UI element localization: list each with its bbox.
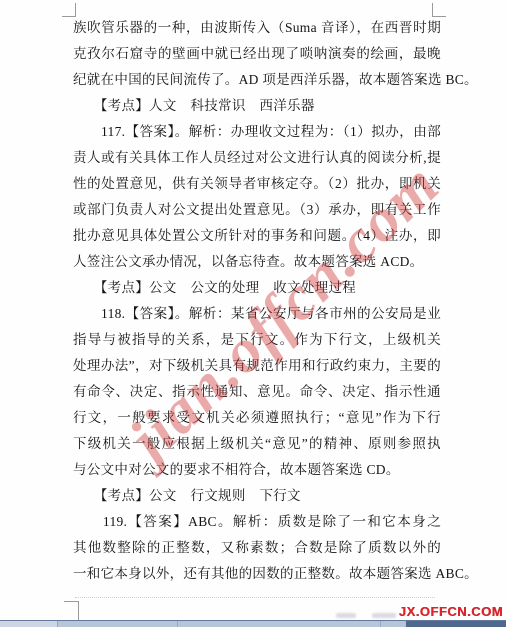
text-line: 119.【答案】ABC。解析：质数是除了一和它本身之外，不能被 [73, 509, 441, 535]
text-line: 与公文中对公文的要求不相符合，故本题答案选 CD。 [73, 457, 441, 483]
text-line: 【考点】公文 行文规则 下行文 [73, 483, 441, 509]
text-line: 或部门负责人对公文提出处置意见。（3）承办，即有关工作人员按 [73, 197, 441, 223]
document-body: 族吹管乐器的一种，由波斯传入（Suma 音译），在西晋时期的新疆 克孜尔石窟寺的… [73, 15, 441, 587]
scrollbar-separator [380, 621, 381, 627]
faint-smudge [372, 613, 396, 618]
margin-crop-mark-bottom-left-icon [64, 601, 79, 621]
horizontal-scrollbar[interactable] [0, 620, 506, 627]
scrollbar-left-segment[interactable] [0, 621, 58, 627]
text-line: 下级机关一般应根据上级机关“意见”的精神、原则参照执行。AB [73, 431, 441, 457]
text-line: 性的处置意见，供有关领导者审核定夺。（2）批办，即机关领导者 [73, 171, 441, 197]
text-line: 118.【答案】。解析：某省公安厅与各市州的公安局是业务上的 [73, 301, 441, 327]
text-line: 【考点】人文 科技常识 西洋乐器 [73, 93, 441, 119]
text-line: 克孜尔石窟寺的壁画中就已经出现了唢呐演奏的绘画，最晚在 16 世 [73, 41, 441, 67]
text-line: 责人或有关具体工作人员经过对公文进行认真的阅读分析,提出建议 [73, 145, 441, 171]
text-line: 【考点】公文 公文的处理 收文处理过程 [73, 275, 441, 301]
text-line: 有命令、决定、指示性通知、意见。命令、决定、指示性通知作为下 [73, 379, 441, 405]
scrollbar-separator [177, 621, 178, 627]
text-line: 其他数整除的正整数，又称素数；合数是除了质数以外的数，即除了 [73, 535, 441, 561]
scrollbar-right-segment[interactable] [406, 621, 506, 627]
text-line: 处理办法”，对下级机关具有规范作用和行政约束力，主要的下行文 [73, 353, 441, 379]
text-line: 一和它本身以外，还有其他的因数的正整数。故本题答案选 ABC。 [73, 561, 441, 587]
text-line: 指导与被指导的关系，是下行文。作为下行文，上级机关的“见解和 [73, 327, 441, 353]
text-line: 纪就在中国的民间流传了。AD 项是西洋乐器，故本题答案选 BC。 [73, 67, 441, 93]
text-line: 批办意见具体处置公文所针对的事务和问题。（4）注办，即由承办 [73, 223, 441, 249]
text-line: 117.【答案】。解析：办理收文过程为：（1）拟办，由部门负 [73, 119, 441, 145]
faint-smudge [336, 613, 356, 618]
text-line: 行文，一般要求受文机关必须遵照执行；“意见”作为下行文，要求 [73, 405, 441, 431]
site-logo-watermark: JX.OFFCN.COM [399, 604, 503, 619]
document-page: 族吹管乐器的一种，由波斯传入（Suma 音译），在西晋时期的新疆 克孜尔石窟寺的… [0, 0, 506, 627]
text-line: 族吹管乐器的一种，由波斯传入（Suma 音译），在西晋时期的新疆 [73, 15, 441, 41]
text-line: 人签注公文承办情况，以备忘待查。故本题答案选 ACD。 [73, 249, 441, 275]
text-boundary-dotted-line [75, 597, 435, 598]
